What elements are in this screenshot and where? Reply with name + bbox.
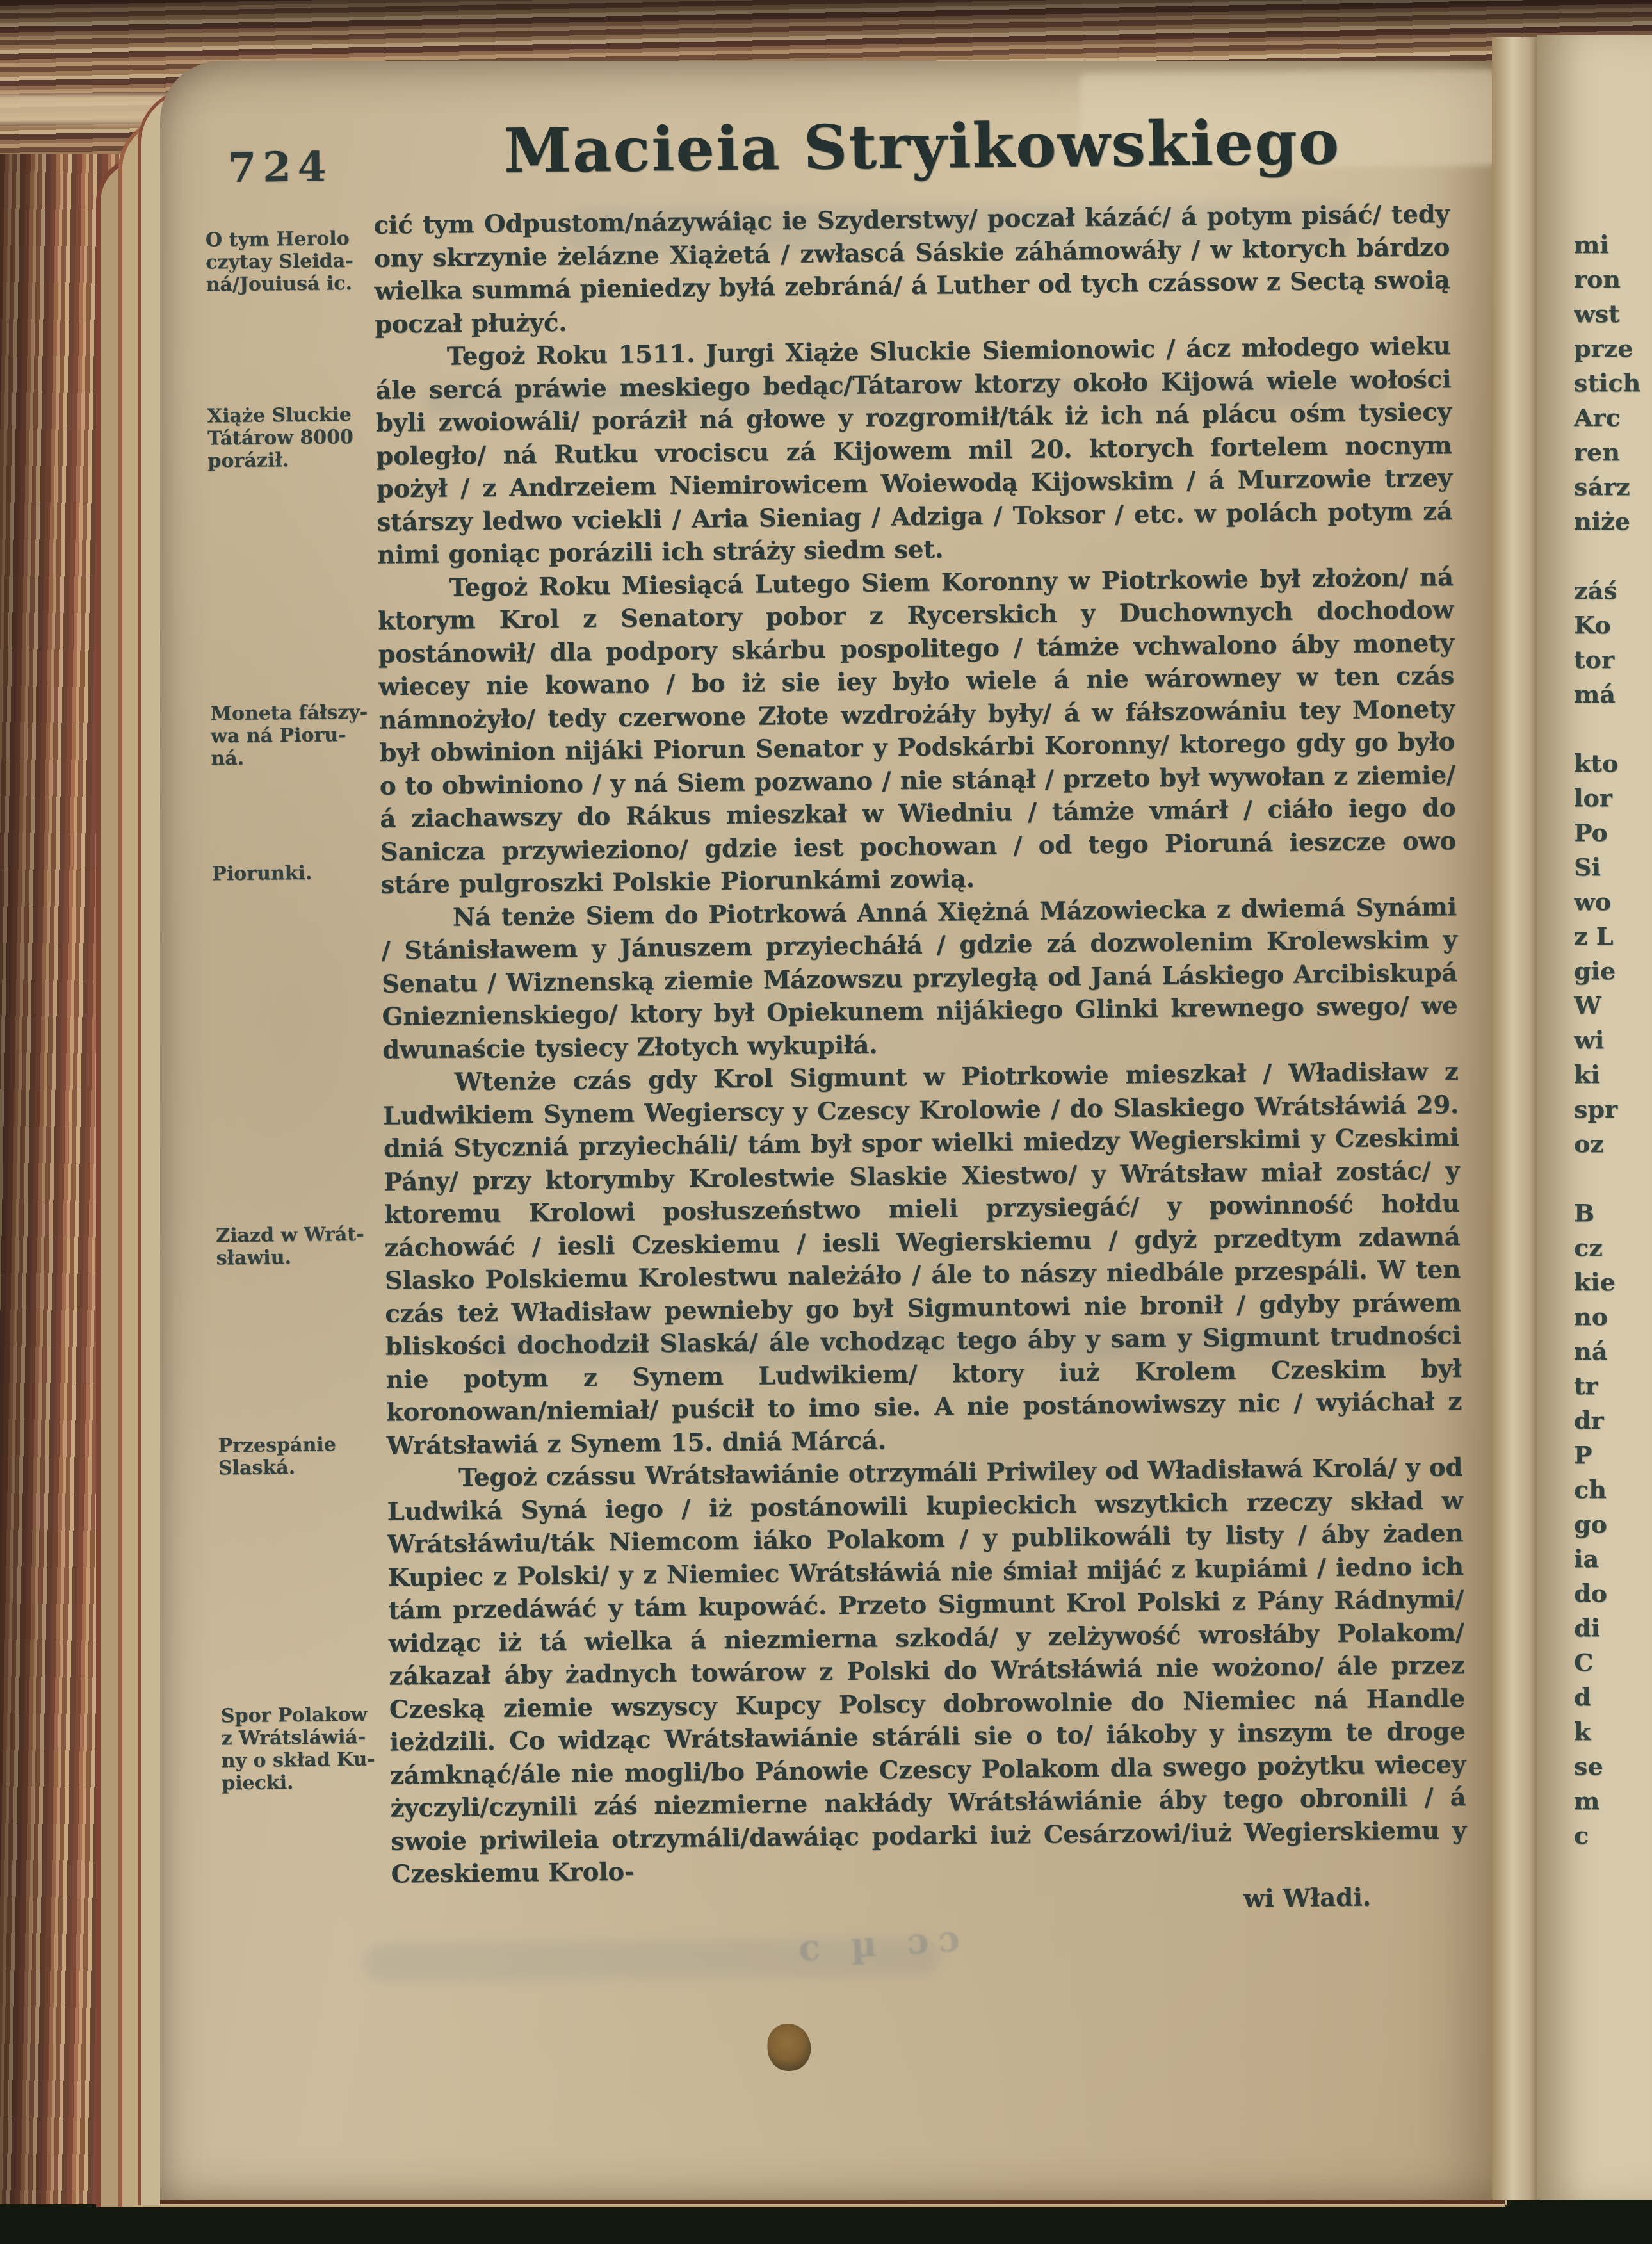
- facing-page-fragment: do: [1574, 1576, 1652, 1611]
- facing-page-fragment: ch: [1574, 1472, 1652, 1507]
- facing-page-text-fragments: mironwstprzestichArcrensárzniżezáśKotorm…: [1574, 227, 1652, 1853]
- paragraph: Tegoż czássu Wrátsławiánie otrzymáli Pri…: [387, 1451, 1467, 1891]
- facing-page-fragment: ki: [1574, 1057, 1652, 1092]
- facing-page-fragment: Si: [1574, 850, 1652, 884]
- facing-page-fragment: se: [1574, 1749, 1652, 1784]
- facing-page-fragment: [1574, 539, 1652, 573]
- margin-notes: O tym Herolo czytay Sleida- ná/Jouiusá i…: [204, 67, 398, 2208]
- margin-note: Piorunki.: [212, 861, 384, 886]
- facing-page-fragment: [1574, 1161, 1652, 1196]
- facing-page-fragment: wi: [1574, 1023, 1652, 1057]
- facing-page-fragment: W: [1574, 988, 1652, 1023]
- facing-page-fragment: ná: [1574, 1334, 1652, 1369]
- facing-page-fragment: kie: [1574, 1265, 1652, 1299]
- paragraph: Wtenże czás gdy Krol Sigmunt w Piotrkowi…: [382, 1055, 1462, 1463]
- facing-page-fragment: dr: [1574, 1403, 1652, 1438]
- facing-page-fragment: d: [1574, 1680, 1652, 1714]
- facing-page-fragment: cz: [1574, 1230, 1652, 1265]
- facing-page-fragment: k: [1574, 1714, 1652, 1749]
- margin-note: O tym Herolo czytay Sleida- ná/Jouiusá i…: [206, 227, 378, 297]
- paragraph: Ná tenże Siem do Piotrkowá Anná Xiężná M…: [381, 890, 1459, 1066]
- facing-page-fragment: prze: [1574, 331, 1652, 366]
- body-text: cić tym Odpustom/názywáiąc ie Szyderstwy…: [373, 198, 1467, 1924]
- facing-page-fragment: go: [1574, 1507, 1652, 1541]
- facing-page-fragment: tr: [1574, 1369, 1652, 1403]
- margin-note: Xiąże Sluckie Tátárow 8000 poráził.: [207, 403, 380, 473]
- facing-page-fragment: c: [1574, 1818, 1652, 1853]
- facing-page-fragment: tor: [1574, 642, 1652, 677]
- paragraph: cić tym Odpustom/názywáiąc ie Szyderstwy…: [373, 198, 1450, 341]
- left-page: 724 Macieia Stryikowskiego O tym Herolo …: [160, 61, 1505, 2204]
- facing-page-fragment: wo: [1574, 884, 1652, 919]
- facing-page-fragment: oz: [1574, 1126, 1652, 1161]
- facing-page-fragment: niże: [1574, 504, 1652, 539]
- facing-page-fragment: sárz: [1574, 469, 1652, 504]
- facing-page-fragment: mi: [1574, 227, 1652, 262]
- page-surface: 724 Macieia Stryikowskiego O tym Herolo …: [151, 55, 1518, 2208]
- facing-page-fragment: má: [1574, 677, 1652, 711]
- facing-page-fragment: di: [1574, 1611, 1652, 1645]
- facing-page-fragment: stich: [1574, 366, 1652, 400]
- facing-page-fragment: z L: [1574, 919, 1652, 954]
- margin-note: Ziazd w Wrát- sławiu.: [216, 1223, 388, 1270]
- facing-page-fragment: ren: [1574, 435, 1652, 469]
- facing-page-fragment: lor: [1574, 781, 1652, 815]
- book-scan: 724 Macieia Stryikowskiego O tym Herolo …: [0, 0, 1652, 2244]
- facing-page-fragment: wst: [1574, 297, 1652, 331]
- facing-page-fragment: [1574, 711, 1652, 746]
- facing-page-fragment: ia: [1574, 1541, 1652, 1576]
- paragraph: Tegoż Roku 1511. Jurgi Xiąże Sluckie Sie…: [375, 330, 1454, 572]
- facing-page-edge: mironwstprzestichArcrensárzniżezáśKotorm…: [1537, 35, 1652, 2200]
- ink-showthrough: c µ ɔɔ: [797, 1917, 970, 1970]
- facing-page-fragment: kto: [1574, 746, 1652, 781]
- facing-page-fragment: no: [1574, 1299, 1652, 1334]
- margin-note: Przespánie Slaská.: [218, 1433, 390, 1479]
- facing-page-fragment: m: [1574, 1784, 1652, 1818]
- book-gutter: [1492, 37, 1538, 2200]
- margin-note: Moneta fáłszy- wa ná Pioru- ná.: [210, 701, 382, 770]
- facing-page-fragment: B: [1574, 1196, 1652, 1230]
- facing-page-fragment: C: [1574, 1645, 1652, 1680]
- paragraph: Tegoż Roku Miesiącá Lutego Siem Koronny …: [377, 561, 1456, 902]
- facing-page-fragment: ron: [1574, 262, 1652, 297]
- facing-page-fragment: spr: [1574, 1092, 1652, 1126]
- paragraphs: cić tym Odpustom/názywáiąc ie Szyderstwy…: [373, 198, 1466, 1891]
- facing-page-fragment: Ko: [1574, 608, 1652, 642]
- margin-note: Spor Polakow z Wrátsláwiá- ny o skład Ku…: [221, 1703, 393, 1794]
- facing-page-fragment: P: [1574, 1438, 1652, 1472]
- running-header: Macieia Stryikowskiego: [408, 106, 1436, 188]
- facing-page-fragment: Arc: [1574, 400, 1652, 435]
- facing-page-fragment: gie: [1574, 954, 1652, 988]
- stain: [767, 2024, 811, 2072]
- facing-page-fragment: záś: [1574, 573, 1652, 608]
- facing-page-fragment: Po: [1574, 815, 1652, 850]
